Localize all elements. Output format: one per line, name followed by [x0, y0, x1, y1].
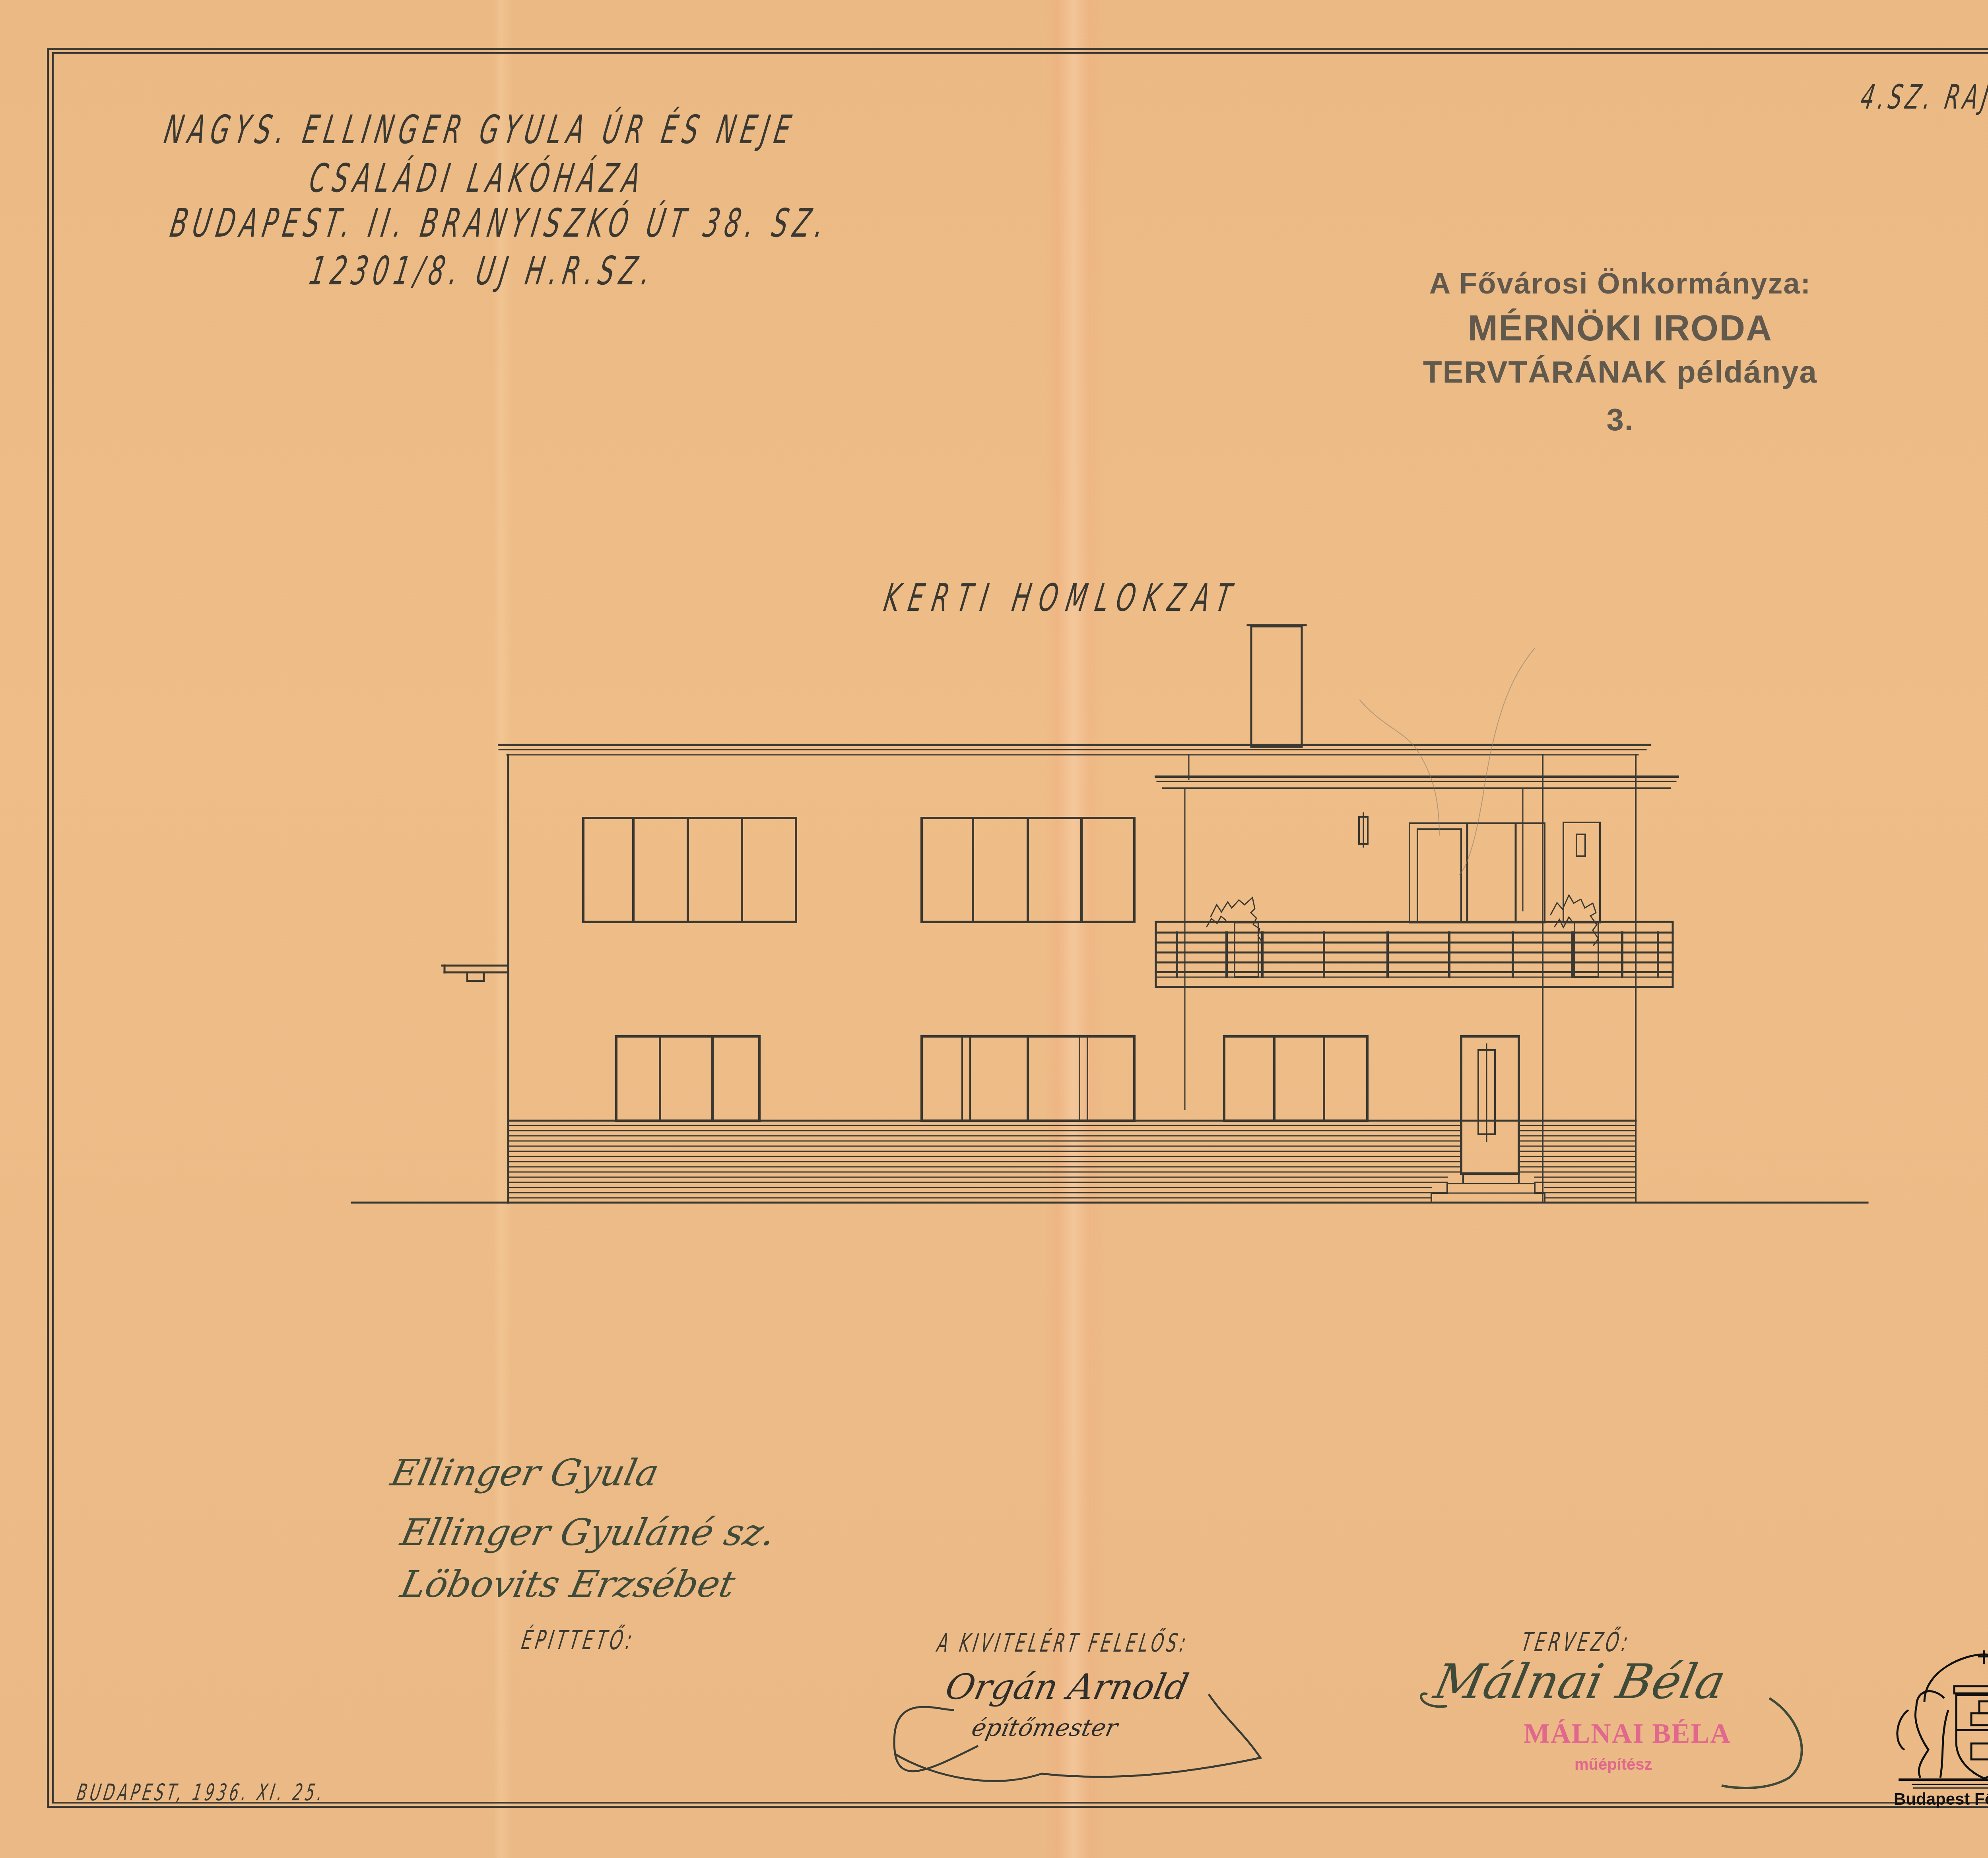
archive-label: Budapest Főváros Levéltára — [1894, 1790, 1988, 1809]
drawing-sheet: NAGYS. ELLINGER GYULA ÚR ÉS NEJE CSALÁDI… — [0, 0, 1988, 1858]
coat-of-arms-icon — [0, 0, 1988, 1858]
